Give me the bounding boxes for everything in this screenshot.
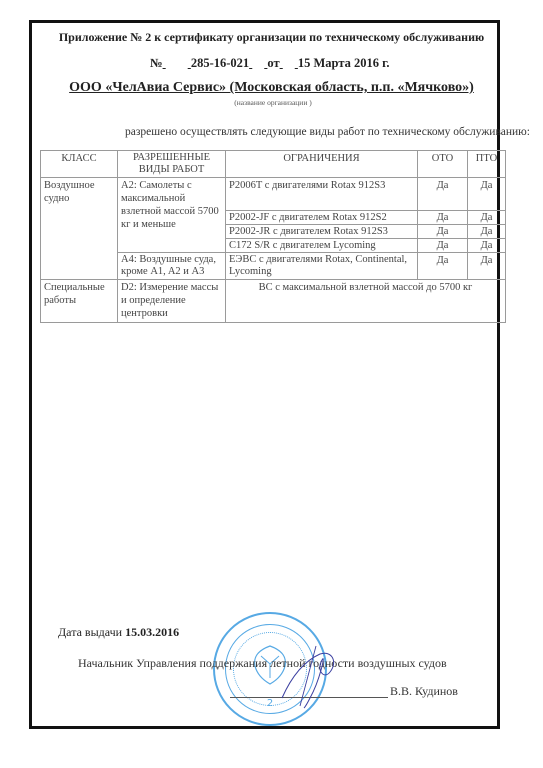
pto-cell: Да [468,178,506,211]
organization-note: (название организации ) [233,98,313,107]
signer-position: Начальник Управления поддержания летной … [78,656,447,671]
header-limits: ОГРАНИЧЕНИЯ [226,151,418,178]
pto-cell: Да [468,225,506,239]
limit-cell: ВС с максимальной взлетной массой до 570… [226,280,506,323]
class-cell: Воздушное судно [41,178,118,280]
signature-icon [280,640,340,710]
limit-cell: P2006T с двигателями Rotax 912S3 [226,178,418,211]
organization-name: ООО «ЧелАвиа Сервис» (Московская область… [0,80,543,96]
work-cell: A2: Самолеты с максимальной взлетной мас… [118,178,226,253]
limit-cell: P2002-JR с двигателем Rotax 912S3 [226,225,418,239]
table-header-row: КЛАСС РАЗРЕШЕННЫЕ ВИДЫ РАБОТ ОГРАНИЧЕНИЯ… [41,151,506,178]
signer-name: В.В. Кудинов [390,684,458,699]
appendix-title: Приложение № 2 к сертификату организации… [0,30,543,45]
pto-cell: Да [468,239,506,253]
works-table: КЛАСС РАЗРЕШЕННЫЕ ВИДЫ РАБОТ ОГРАНИЧЕНИЯ… [40,150,506,323]
table-row: Специальные работы D2: Измерение массы и… [41,280,506,323]
oto-cell: Да [418,225,468,239]
limit-cell: C172 S/R с двигателем Lycoming [226,239,418,253]
class-cell: Специальные работы [41,280,118,323]
header-work: РАЗРЕШЕННЫЕ ВИДЫ РАБОТ [118,151,226,178]
header-oto: ОТО [418,151,468,178]
limit-cell: ЕЭВС с двигателями Rotax, Continental, L… [226,253,418,280]
issue-date: Дата выдачи 15.03.2016 [58,625,179,640]
oto-cell: Да [418,239,468,253]
issue-date-label: Дата выдачи [58,625,122,639]
issue-date-value: 15.03.2016 [125,625,179,639]
header-class: КЛАСС [41,151,118,178]
header-pto: ПТО [468,151,506,178]
pto-cell: Да [468,211,506,225]
oto-cell: Да [418,253,468,280]
intro-text: разрешено осуществлять следующие виды ра… [125,126,530,138]
certificate-number: 285-16-021 [191,56,249,71]
work-cell: D2: Измерение массы и определение центро… [118,280,226,323]
certificate-number-line: № 285-16-021 от 15 Марта 2016 г. [150,56,390,71]
pto-cell: Да [468,253,506,280]
oto-cell: Да [418,211,468,225]
number-label: № [150,56,163,71]
work-cell: A4: Воздушные суда, кроме A1, A2 и A3 [118,253,226,280]
oto-cell: Да [418,178,468,211]
from-label: от [267,56,279,71]
limit-cell: P2002-JF с двигателем Rotax 912S2 [226,211,418,225]
table-row: Воздушное судно A2: Самолеты с максималь… [41,178,506,211]
certificate-date: 15 Марта 2016 г. [298,56,390,71]
